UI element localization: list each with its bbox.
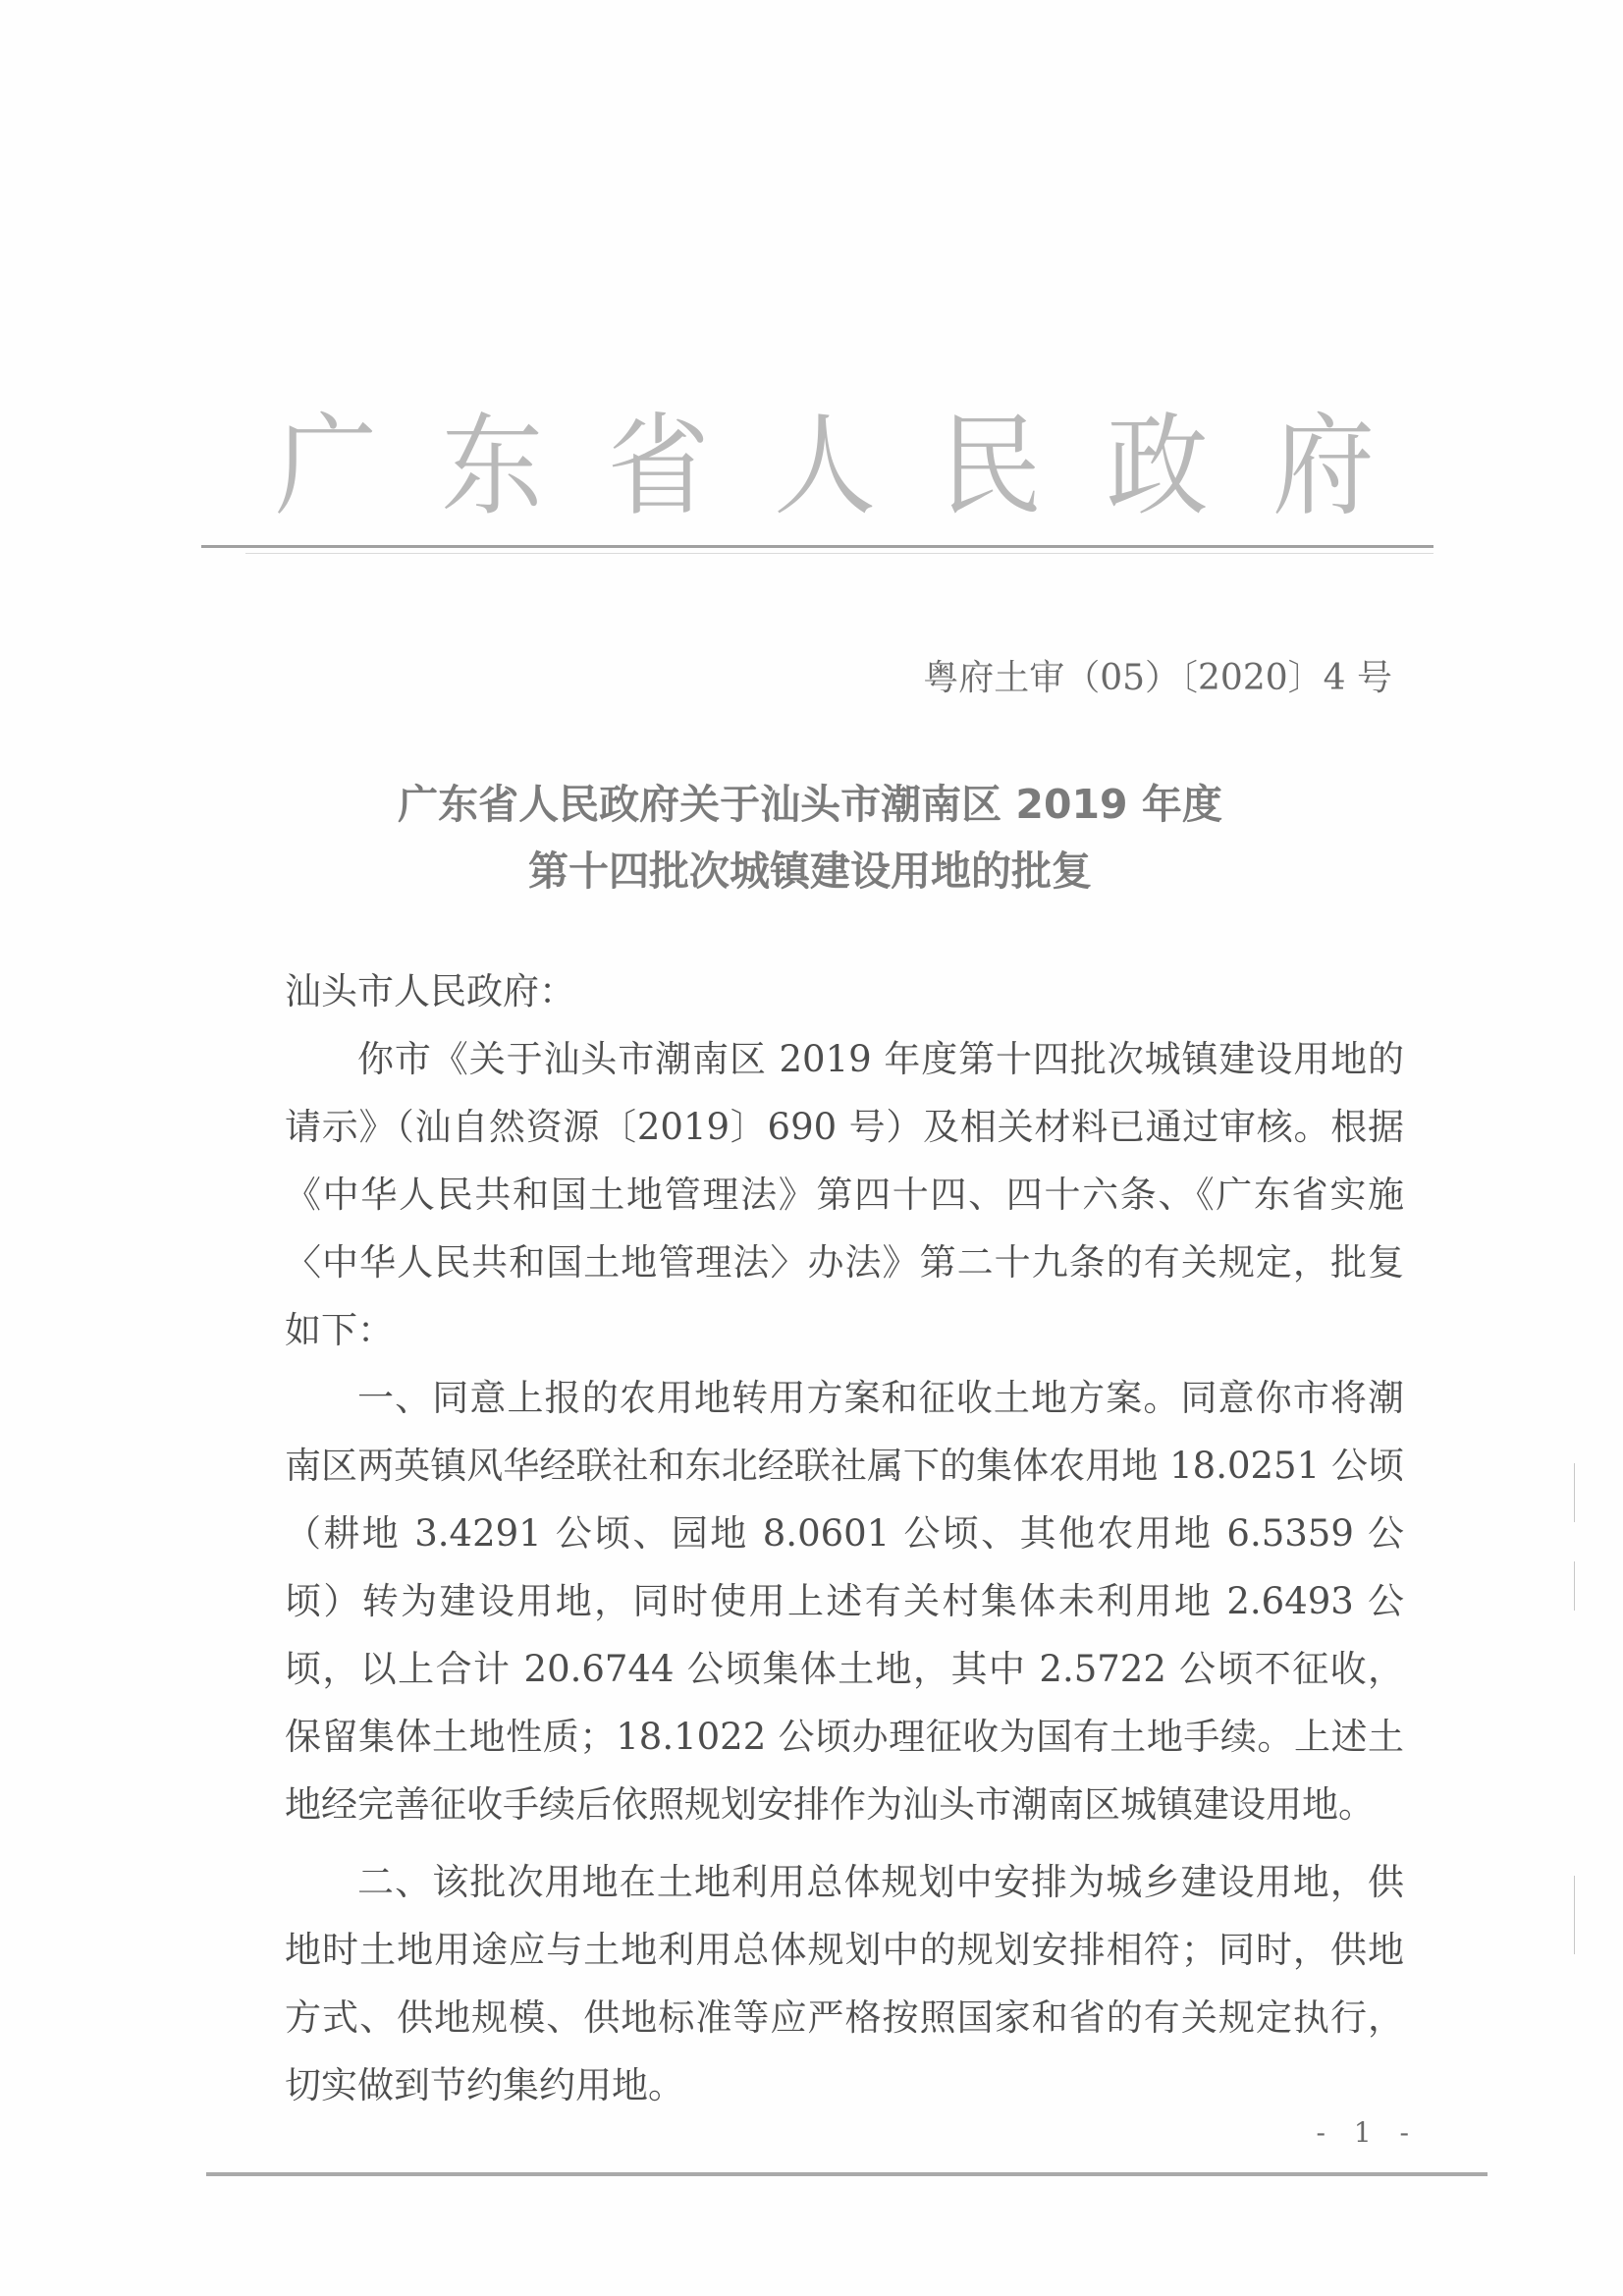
masthead-char: 政 [1107, 377, 1209, 536]
salutation: 汕头市人民政府： [285, 957, 1404, 1025]
document-body: 汕头市人民政府： 你市《关于汕头市潮南区 2019 年度第十四批次城镇建设用地的… [285, 957, 1404, 2119]
masthead-char: 民 [940, 377, 1042, 536]
title-line-1: 广东省人民政府关于汕头市潮南区 2019 年度 [236, 771, 1384, 838]
footer-divider [206, 2172, 1488, 2176]
masthead-char: 府 [1272, 377, 1375, 536]
masthead-issuer: 广 东 省 人 民 政 府 [236, 393, 1414, 520]
scan-edge-mark [1574, 1876, 1575, 1954]
masthead-char: 人 [774, 377, 876, 536]
masthead-char: 广 [275, 377, 377, 536]
document-title: 广东省人民政府关于汕头市潮南区 2019 年度 第十四批次城镇建设用地的批复 [236, 771, 1384, 904]
masthead-divider-thin [245, 553, 1434, 554]
masthead-divider [201, 545, 1434, 548]
scan-edge-mark [1574, 1561, 1575, 1611]
title-line-2: 第十四批次城镇建设用地的批复 [236, 838, 1384, 904]
masthead-char: 东 [441, 377, 543, 536]
paragraph-item-2: 二、该批次用地在土地利用总体规划中安排为城乡建设用地，供地时土地用途应与土地利用… [285, 1848, 1404, 2119]
document-page: 广 东 省 人 民 政 府 粤府土审（05）〔2020〕4 号 广东省人民政府关… [0, 0, 1623, 2296]
masthead-char: 省 [608, 377, 710, 536]
page-number: - 1 - [1316, 2116, 1419, 2149]
document-number: 粤府土审（05）〔2020〕4 号 [923, 650, 1392, 700]
paragraph-item-1: 一、同意上报的农用地转用方案和征收土地方案。同意你市将潮南区两英镇风华经联社和东… [285, 1364, 1404, 1838]
scan-edge-mark [1574, 1463, 1575, 1522]
paragraph-intro: 你市《关于汕头市潮南区 2019 年度第十四批次城镇建设用地的请示》（汕自然资源… [285, 1025, 1404, 1364]
